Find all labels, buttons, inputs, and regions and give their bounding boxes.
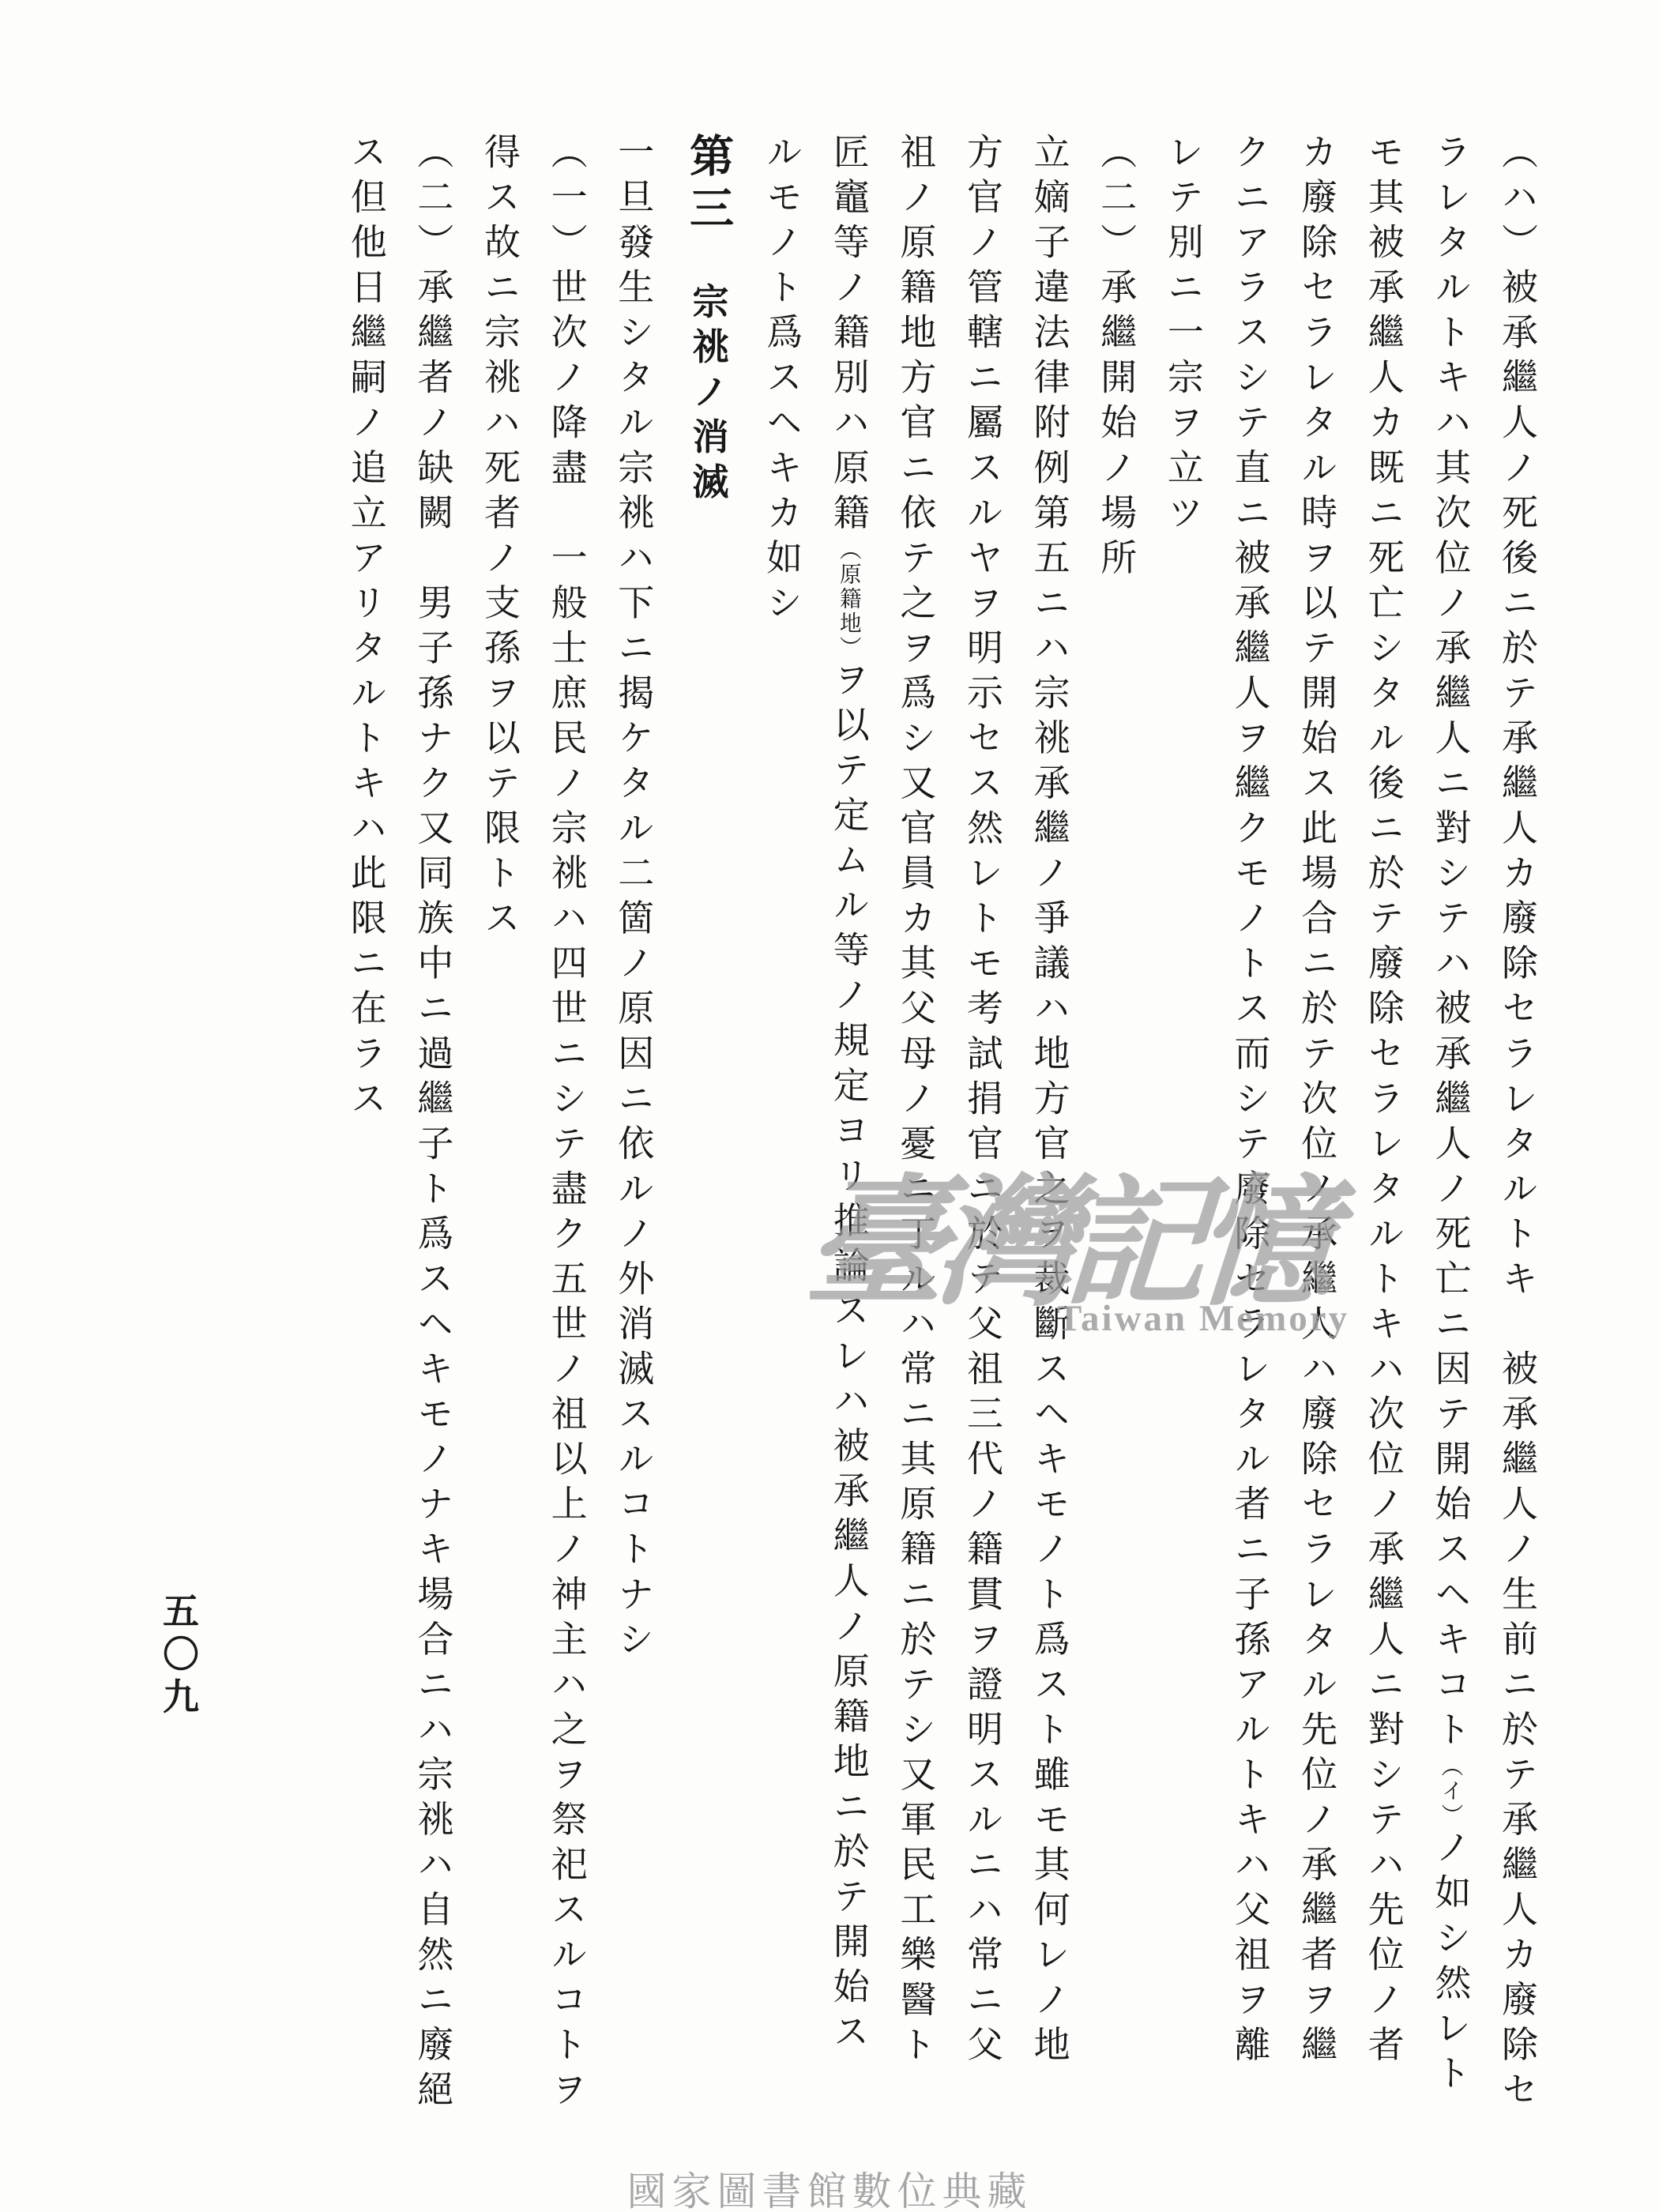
heading-gap (688, 237, 728, 282)
footer-library-credit: 國家圖書館數位典藏 (0, 2160, 1659, 2212)
text-column-12: ルモノト爲スヘキカ如シ (748, 133, 815, 2171)
vertical-text-block: （ハ）被承繼人ノ死後ニ於テ承繼人カ廢除セラレタルトキ 被承繼人ノ生前ニ於テ承繼人… (332, 133, 1550, 2171)
section-heading-extinction-of-sotyo: 第三 宗祧ノ消滅 (666, 133, 747, 2171)
page-number: 五〇九 (152, 1592, 204, 1721)
scanned-document-page: 臺灣記憶 Taiwan Memory （ハ）被承繼人ノ死後ニ於テ承繼人カ廢除セラ… (0, 0, 1659, 2212)
text-column-14: 一旦發生シタル宗祧ハ下ニ揭ケタル二箇ノ原因ニ依ルノ外消滅スルコトナシ (600, 133, 667, 2171)
text-column-8: 立嫡子違法律附例第五ニハ宗祧承繼ノ爭議ハ地方官之ヲ裁斷スヘキモノト爲スト雖モ其何… (1015, 133, 1082, 2171)
inline-annotation: （イ） (1438, 1755, 1462, 1828)
inline-annotation: （原籍地） (837, 538, 861, 660)
text-column-9: 方官ノ管轄ニ屬スルヤヲ明示セス然レトモ考試捐官ニ於テ父祖三代ノ籍貫ヲ證明スルニハ… (948, 133, 1015, 2171)
column-text: 匠竈等ノ籍別ハ原籍 (829, 133, 869, 538)
text-column-18: ス但他日繼嗣ノ追立アリタルトキハ此限ニ在ラス (332, 133, 399, 2171)
section-number: 第三 (683, 133, 732, 237)
subsection-heading-place-of-commencement: （二）承繼開始ノ場所 (1082, 133, 1149, 2171)
text-column-2: ラレタルトキハ其次位ノ承繼人ニ對シテハ被承繼人ノ死亡ニ因テ開始スヘキコト（イ）ノ… (1416, 133, 1484, 2171)
text-column-4: カ廢除セラレタル時ヲ以テ開始ス此場合ニ於テ次位ノ承繼人ハ廢除セラレタル先位ノ承繼… (1283, 133, 1350, 2171)
text-column-17: （二）承繼者ノ缺闕 男子孫ナク又同族中ニ過繼子ト爲スヘキモノナキ場合ニハ宗祧ハ自… (399, 133, 466, 2171)
text-column-1: （ハ）被承繼人ノ死後ニ於テ承繼人カ廢除セラレタルトキ 被承繼人ノ生前ニ於テ承繼人… (1483, 133, 1550, 2171)
column-text: ヲ以テ定ムル等ノ規定ヨリ推論スレハ被承繼人ノ原籍地ニ於テ開始ス (829, 660, 869, 2057)
column-text: ラレタルトキハ其次位ノ承繼人ニ對シテハ被承繼人ノ死亡ニ因テ開始スヘキコト (1430, 133, 1470, 1755)
text-column-6: レテ別ニ一宗ヲ立ツ (1149, 133, 1216, 2171)
text-column-5: クニアラスシテ直ニ被承繼人ヲ繼クモノトス而シテ廢除セラレタル者ニ子孫アルトキハ父… (1216, 133, 1283, 2171)
text-column-10: 祖ノ原籍地方官ニ依テ之ヲ爲シ又官員カ其父母ノ憂ニ丁ルハ常ニ其原籍ニ於テシ又軍民工… (882, 133, 949, 2171)
column-text: ノ如シ然レト (1430, 1828, 1470, 2098)
text-column-15: （一）世次ノ降盡 一般士庶民ノ宗祧ハ四世ニシテ盡ク五世ノ祖以上ノ神主ハ之ヲ祭祀ス… (532, 133, 600, 2171)
text-column-3: モ其被承繼人カ既ニ死亡シタル後ニ於テ廢除セラレタルトキハ次位ノ承繼人ニ對シテハ先… (1349, 133, 1416, 2171)
text-column-16: 得ス故ニ宗祧ハ死者ノ支孫ヲ以テ限トス (465, 133, 532, 2171)
section-title: 宗祧ノ消滅 (688, 283, 728, 508)
text-column-11: 匠竈等ノ籍別ハ原籍（原籍地）ヲ以テ定ムル等ノ規定ヨリ推論スレハ被承繼人ノ原籍地ニ… (814, 133, 882, 2171)
